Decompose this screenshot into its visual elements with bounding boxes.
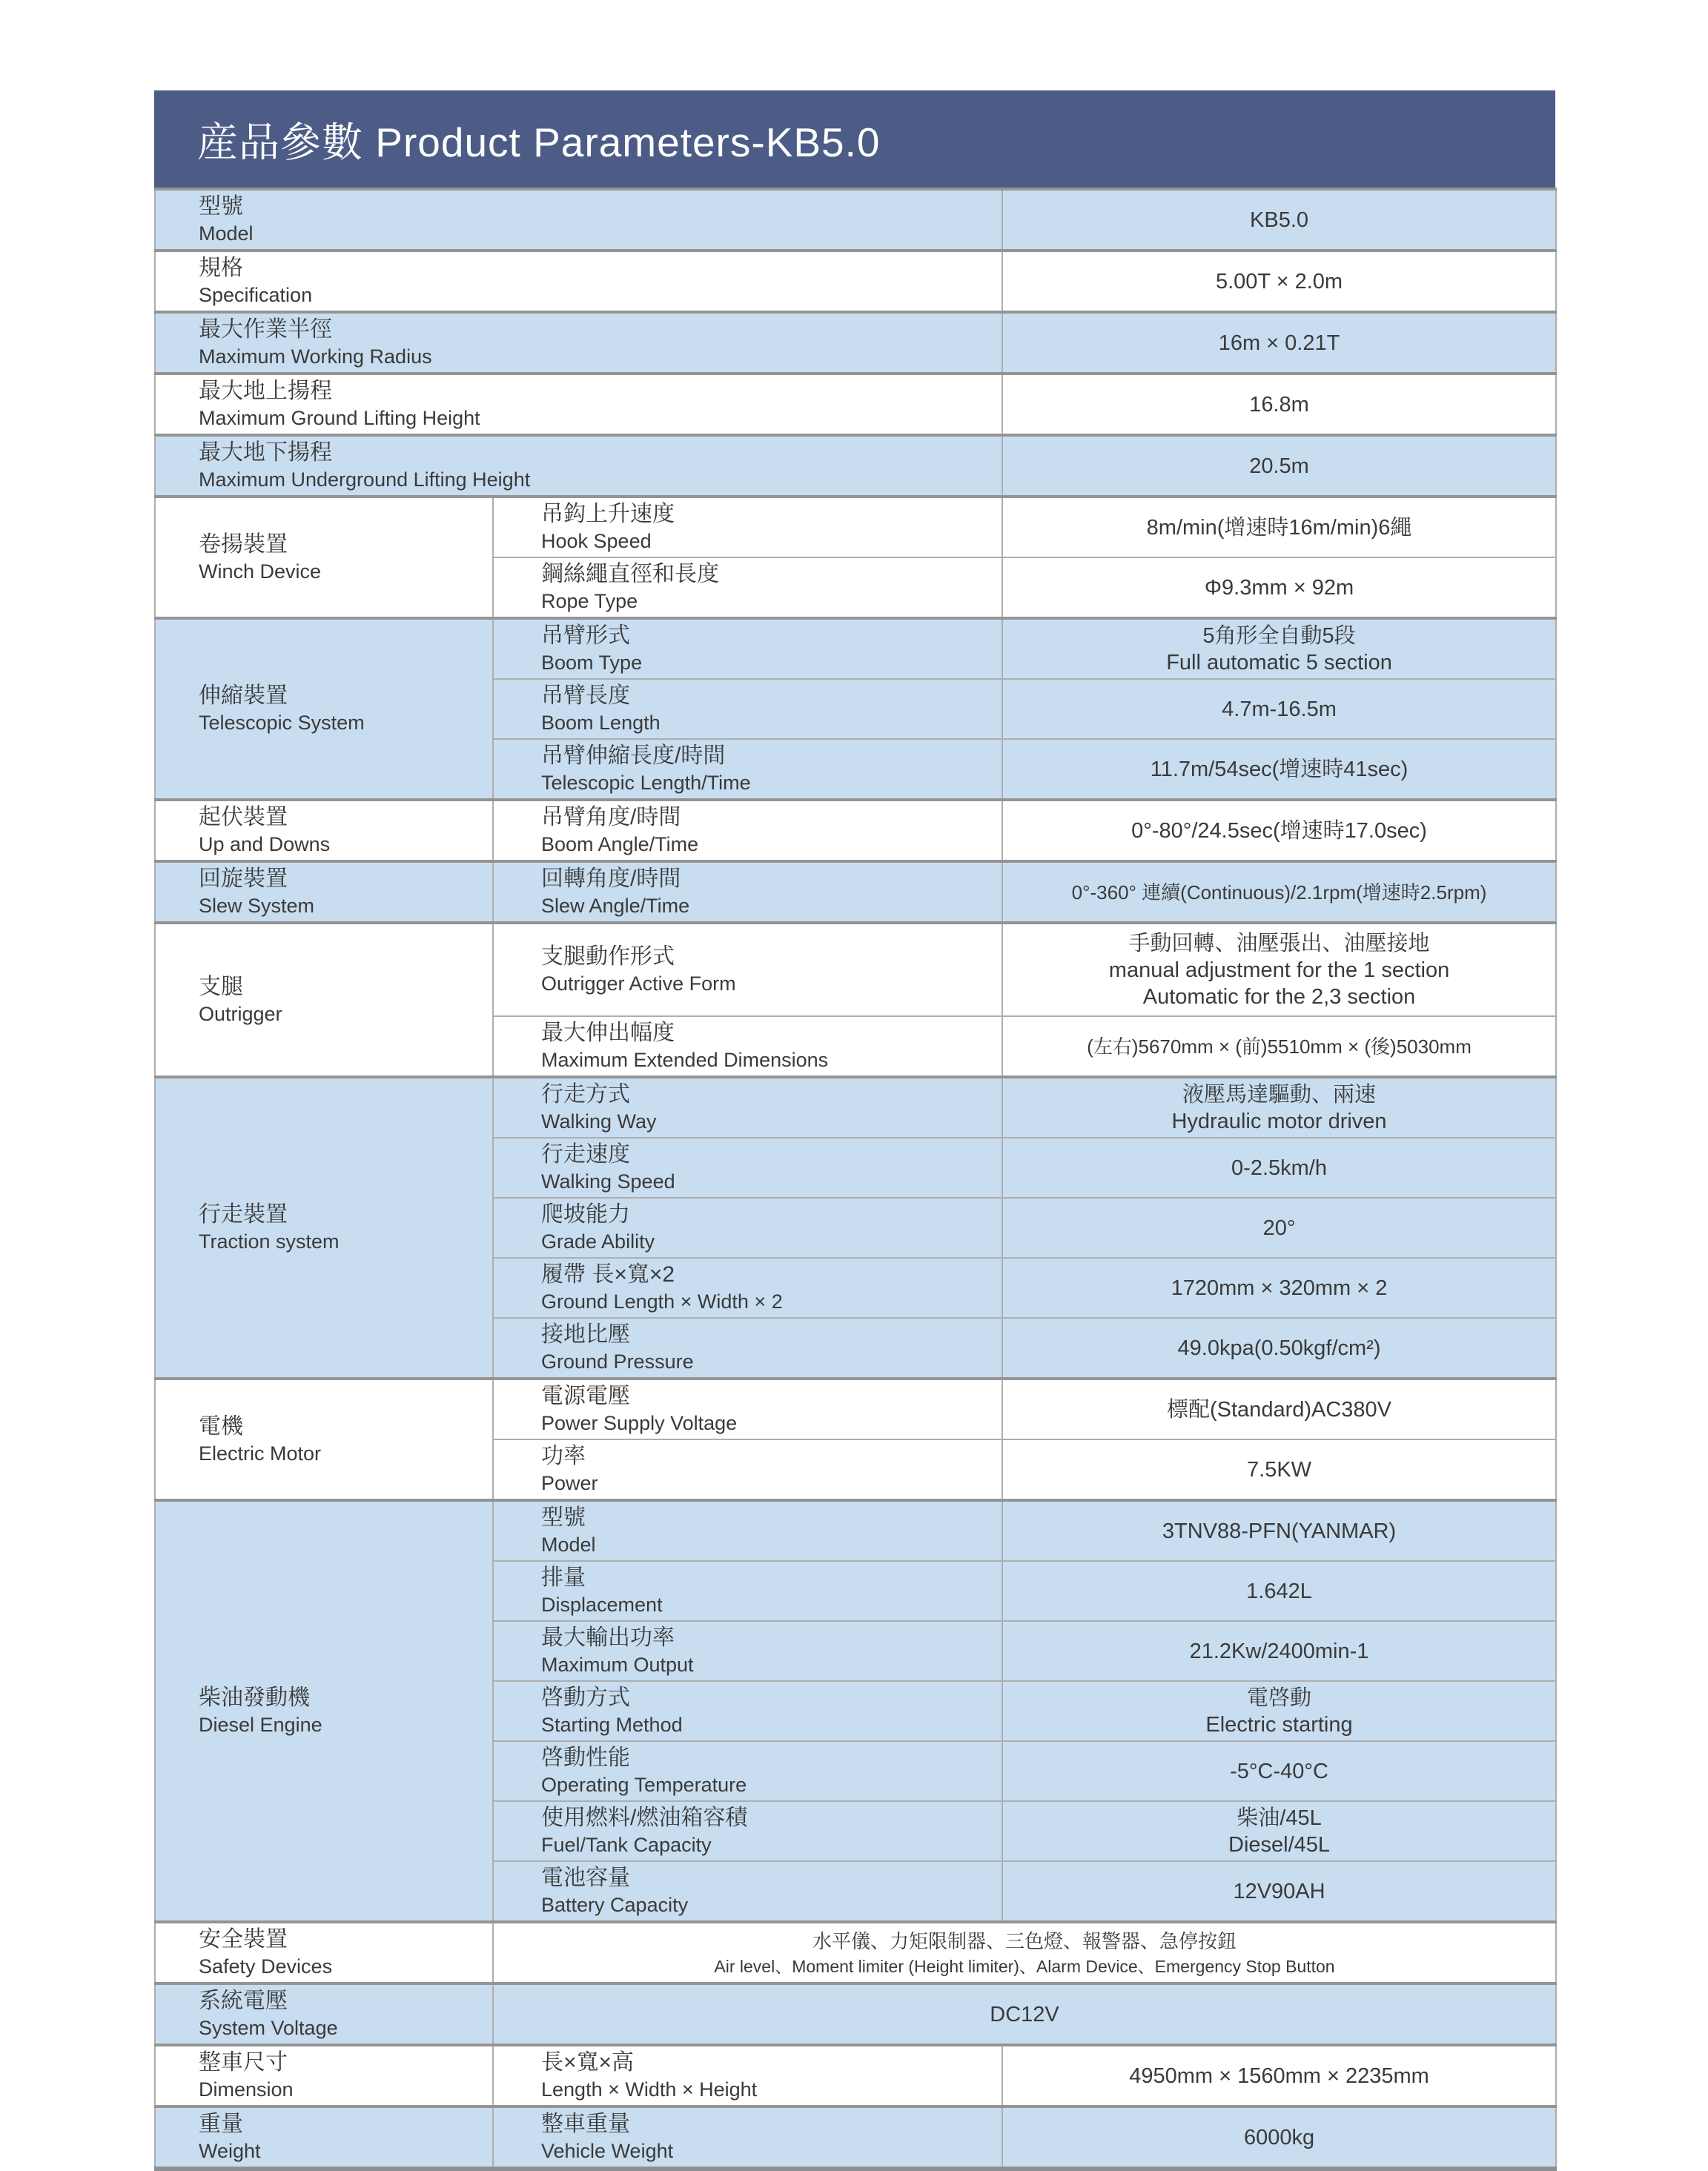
label-cell: 電池容量 Battery Capacity [493,1861,1002,1922]
value-cell: Φ9.3mm × 92m [1002,557,1556,618]
label-en: Fuel/Tank Capacity [541,1832,993,1858]
label-zh: 最大伸出幅度 [541,1019,993,1047]
label-zh: 排量 [541,1564,993,1592]
value-text: 49.0kpa(0.50kgf/cm²) [1010,1335,1548,1362]
label-zh: 長×寬×高 [541,2049,993,2077]
label-en: Maximum Extended Dimensions [541,1047,993,1073]
value-text: 11.7m/54sec(增速時41sec) [1010,756,1548,783]
label-zh: 功率 [541,1442,993,1471]
value-cell: 8m/min(增速時16m/min)6繩 [1002,497,1556,557]
category-en: Slew System [199,893,483,919]
label-cell: 啓動性能 Operating Temperature [493,1741,1002,1801]
label-cell: 支腿動作形式 Outrigger Active Form [493,923,1002,1016]
category-zh: 柴油發動機 [199,1684,483,1712]
row-boom-type: 伸縮裝置 Telescopic System 吊臂形式 Boom Type 5角… [155,618,1556,679]
header-band: 産品參數 Product Parameters-KB5.0 [154,90,1555,188]
label-zh: 最大地下揚程 [199,439,993,467]
label-en: Starting Method [541,1712,993,1738]
label-cell: 最大輸出功率 Maximum Output [493,1621,1002,1681]
category-cell-slew-system: 回旋裝置 Slew System [155,861,493,923]
value-text: 電啓動 [1010,1685,1548,1711]
label-cell: 回轉角度/時間 Slew Angle/Time [493,861,1002,923]
label-zh: 電源電壓 [541,1382,993,1411]
value-text: DC12V [501,2001,1548,2028]
label-zh: 行走方式 [541,1081,993,1109]
category-zh: 伸縮裝置 [199,682,483,710]
value-text: 柴油/45L [1010,1805,1548,1832]
value-cell: 手動回轉、油壓張出、油壓接地 manual adjustment for the… [1002,923,1556,1016]
label-cell: 啓動方式 Starting Method [493,1681,1002,1741]
value-text: 4950mm × 1560mm × 2235mm [1010,2063,1548,2089]
label-cell: 最大地上揚程 Maximum Ground Lifting Height [155,374,1002,435]
category-cell-diesel-engine: 柴油發動機 Diesel Engine [155,1500,493,1922]
value-cell: 12V90AH [1002,1861,1556,1922]
value-cell: 6000kg [1002,2107,1556,2169]
label-en: Battery Capacity [541,1892,993,1918]
category-en: Dimension [199,2077,483,2103]
value-text: manual adjustment for the 1 section [1010,957,1548,984]
row-engine-model: 柴油發動機 Diesel Engine 型號 Model 3TNV88-PFN(… [155,1500,1556,1561]
label-en: Maximum Underground Lifting Height [199,467,993,493]
label-cell: 整車重量 Vehicle Weight [493,2107,1002,2169]
label-zh: 整車重量 [541,2110,993,2138]
value-cell: 1.642L [1002,1561,1556,1621]
value-cell: 4950mm × 1560mm × 2235mm [1002,2045,1556,2107]
category-en: Telescopic System [199,710,483,736]
label-cell: 吊臂角度/時間 Boom Angle/Time [493,800,1002,861]
value-cell: -5°C-40°C [1002,1741,1556,1801]
label-zh: 電池容量 [541,1864,993,1892]
value-cell: (左右)5670mm × (前)5510mm × (後)5030mm [1002,1016,1556,1077]
category-cell-up-and-downs: 起伏裝置 Up and Downs [155,800,493,861]
value-text: 16.8m [1010,391,1548,418]
value-text: Electric starting [1010,1711,1548,1738]
value-text: 5.00T × 2.0m [1010,268,1548,295]
category-en: Weight [199,2138,483,2164]
value-text: 16m × 0.21T [1010,330,1548,357]
value-text: Diesel/45L [1010,1832,1548,1858]
category-zh: 起伏裝置 [199,803,483,832]
row-weight: 重量 Weight 整車重量 Vehicle Weight 6000kg [155,2107,1556,2169]
value-cell: 0-2.5km/h [1002,1138,1556,1198]
label-zh: 型號 [199,193,993,221]
label-en: Boom Type [541,650,993,676]
category-en: Traction system [199,1229,483,1255]
label-en: Hook Speed [541,528,993,554]
category-zh: 行走裝置 [199,1201,483,1229]
label-cell: 爬坡能力 Grade Ability [493,1198,1002,1258]
category-cell-winch-device: 卷揚裝置 Winch Device [155,497,493,618]
label-en: Boom Angle/Time [541,832,993,858]
value-cell: 11.7m/54sec(增速時41sec) [1002,739,1556,800]
label-zh: 使用燃料/燃油箱容積 [541,1804,993,1832]
value-cell: 16m × 0.21T [1002,312,1556,374]
value-cell: 16.8m [1002,374,1556,435]
category-en: Up and Downs [199,832,483,858]
label-cell: 最大作業半徑 Maximum Working Radius [155,312,1002,374]
value-cell: 5角形全自動5段 Full automatic 5 section [1002,618,1556,679]
value-cell: 1720mm × 320mm × 2 [1002,1258,1556,1318]
category-zh: 電機 [199,1413,483,1441]
value-text: 21.2Kw/2400min-1 [1010,1638,1548,1665]
label-zh: 吊臂長度 [541,682,993,710]
value-text: Full automatic 5 section [1010,649,1548,676]
label-zh: 最大輸出功率 [541,1624,993,1652]
label-zh: 吊鈎上升速度 [541,500,993,528]
label-en: Ground Length × Width × 2 [541,1289,993,1315]
label-en: Slew Angle/Time [541,893,993,919]
row-outrigger-active-form: 支腿 Outrigger 支腿動作形式 Outrigger Active For… [155,923,1556,1016]
value-text: Φ9.3mm × 92m [1010,574,1548,601]
category-zh: 支腿 [199,973,483,1001]
value-cell: 7.5KW [1002,1439,1556,1500]
category-zh: 系統電壓 [199,1987,483,2015]
category-en: System Voltage [199,2015,483,2041]
category-cell-weight: 重量 Weight [155,2107,493,2169]
label-cell: 履帶 長×寬×2 Ground Length × Width × 2 [493,1258,1002,1318]
category-cell-dimension: 整車尺寸 Dimension [155,2045,493,2107]
value-text: 7.5KW [1010,1456,1548,1483]
label-en: Ground Pressure [541,1349,993,1375]
label-zh: 啓動方式 [541,1684,993,1712]
category-cell-outrigger: 支腿 Outrigger [155,923,493,1077]
label-zh: 接地比壓 [541,1321,993,1349]
label-cell: 行走方式 Walking Way [493,1077,1002,1138]
value-cell: 20.5m [1002,435,1556,497]
label-en: Vehicle Weight [541,2138,993,2164]
value-cell: 0°-80°/24.5sec(增速時17.0sec) [1002,800,1556,861]
row-system-voltage: 系統電壓 System Voltage DC12V [155,1983,1556,2045]
value-cell: 20° [1002,1198,1556,1258]
value-text: 0-2.5km/h [1010,1155,1548,1181]
label-cell: 電源電壓 Power Supply Voltage [493,1379,1002,1439]
label-en: Specification [199,282,993,308]
value-cell: 49.0kpa(0.50kgf/cm²) [1002,1318,1556,1379]
label-cell: 接地比壓 Ground Pressure [493,1318,1002,1379]
label-en: Power [541,1471,993,1497]
value-text: 4.7m-16.5m [1010,696,1548,723]
label-zh: 鋼絲繩直徑和長度 [541,560,993,589]
label-zh: 規格 [199,254,993,282]
label-en: Maximum Ground Lifting Height [199,405,993,431]
category-en: Diesel Engine [199,1712,483,1738]
value-cell: 4.7m-16.5m [1002,679,1556,739]
row-specification: 規格 Specification 5.00T × 2.0m [155,251,1556,312]
label-cell: 行走速度 Walking Speed [493,1138,1002,1198]
value-cell: 水平儀、力矩限制器、三色燈、報警器、急停按鈕 Air level、Moment … [493,1922,1556,1983]
label-zh: 啓動性能 [541,1744,993,1772]
value-text: -5°C-40°C [1010,1758,1548,1785]
value-text: 0°-80°/24.5sec(增速時17.0sec) [1010,818,1548,844]
value-text: 標配(Standard)AC380V [1010,1396,1548,1423]
label-cell: 最大地下揚程 Maximum Underground Lifting Heigh… [155,435,1002,497]
label-zh: 履帶 長×寬×2 [541,1261,993,1289]
label-zh: 吊臂形式 [541,622,993,650]
value-text: 6000kg [1010,2124,1548,2151]
label-en: Walking Way [541,1109,993,1135]
label-en: Boom Length [541,710,993,736]
value-text: 3TNV88-PFN(YANMAR) [1010,1518,1548,1545]
label-cell: 長×寬×高 Length × Width × Height [493,2045,1002,2107]
value-text: Hydraulic motor driven [1010,1108,1548,1135]
value-text: 20.5m [1010,453,1548,480]
category-zh: 卷揚裝置 [199,531,483,559]
label-zh: 最大地上揚程 [199,377,993,405]
label-en: Displacement [541,1592,993,1618]
value-cell: 3TNV88-PFN(YANMAR) [1002,1500,1556,1561]
value-text: 8m/min(增速時16m/min)6繩 [1010,514,1548,541]
value-text: KB5.0 [1010,207,1548,233]
label-en: Model [541,1532,993,1558]
spec-sheet-page: 産品參數 Product Parameters-KB5.0 型號 Model K… [0,0,1708,2169]
label-en: Power Supply Voltage [541,1411,993,1436]
row-max-underground-lifting-height: 最大地下揚程 Maximum Underground Lifting Heigh… [155,435,1556,497]
category-zh: 安全裝置 [199,1926,483,1954]
value-cell: 5.00T × 2.0m [1002,251,1556,312]
value-text: 5角形全自動5段 [1010,623,1548,649]
value-cell: 柴油/45L Diesel/45L [1002,1801,1556,1861]
value-text: 液壓馬達驅動、兩速 [1010,1081,1548,1108]
label-zh: 行走速度 [541,1141,993,1169]
row-hook-speed: 卷揚裝置 Winch Device 吊鈎上升速度 Hook Speed 8m/m… [155,497,1556,557]
label-en: Length × Width × Height [541,2077,993,2103]
value-cell: 液壓馬達驅動、兩速 Hydraulic motor driven [1002,1077,1556,1138]
value-cell: 21.2Kw/2400min-1 [1002,1621,1556,1681]
row-dimension: 整車尺寸 Dimension 長×寬×高 Length × Width × He… [155,2045,1556,2107]
label-en: Model [199,221,993,247]
value-text: 1720mm × 320mm × 2 [1010,1275,1548,1302]
label-en: Walking Speed [541,1169,993,1195]
label-cell: 吊臂伸縮長度/時間 Telescopic Length/Time [493,739,1002,800]
label-zh: 支腿動作形式 [541,943,993,971]
row-model: 型號 Model KB5.0 [155,189,1556,251]
page-title: 産品參數 Product Parameters-KB5.0 [154,110,881,168]
category-cell-telescopic-system: 伸縮裝置 Telescopic System [155,618,493,800]
row-max-working-radius: 最大作業半徑 Maximum Working Radius 16m × 0.21… [155,312,1556,374]
label-cell: 型號 Model [155,189,1002,251]
category-cell-system-voltage: 系統電壓 System Voltage [155,1983,493,2045]
label-zh: 回轉角度/時間 [541,865,993,893]
label-en: Grade Ability [541,1229,993,1255]
category-zh: 回旋裝置 [199,865,483,893]
value-text: 20° [1010,1215,1548,1242]
label-cell: 功率 Power [493,1439,1002,1500]
value-text: 手動回轉、油壓張出、油壓接地 [1010,930,1548,957]
value-text: 水平儀、力矩限制器、三色燈、報警器、急停按鈕 [501,1928,1548,1955]
category-cell-safety-devices: 安全裝置 Safety Devices [155,1922,493,1983]
label-zh: 吊臂角度/時間 [541,803,993,832]
value-cell: 0°-360° 連續(Continuous)/2.1rpm(增速時2.5rpm) [1002,861,1556,923]
value-text: 12V90AH [1010,1878,1548,1905]
label-en: Outrigger Active Form [541,971,993,997]
category-cell-traction-system: 行走裝置 Traction system [155,1077,493,1379]
value-cell: DC12V [493,1983,1556,2045]
value-cell: KB5.0 [1002,189,1556,251]
label-cell: 使用燃料/燃油箱容積 Fuel/Tank Capacity [493,1801,1002,1861]
label-cell: 型號 Model [493,1500,1002,1561]
category-en: Electric Motor [199,1441,483,1467]
value-text: Automatic for the 2,3 section [1010,984,1548,1010]
category-zh: 重量 [199,2110,483,2138]
label-en: Maximum Output [541,1652,993,1678]
label-zh: 最大作業半徑 [199,316,993,344]
row-power-supply-voltage: 電機 Electric Motor 電源電壓 Power Supply Volt… [155,1379,1556,1439]
value-text: 1.642L [1010,1578,1548,1605]
row-slew-angle-time: 回旋裝置 Slew System 回轉角度/時間 Slew Angle/Time… [155,861,1556,923]
label-cell: 最大伸出幅度 Maximum Extended Dimensions [493,1016,1002,1077]
label-en: Maximum Working Radius [199,344,993,370]
label-cell: 規格 Specification [155,251,1002,312]
label-cell: 吊臂長度 Boom Length [493,679,1002,739]
label-cell: 排量 Displacement [493,1561,1002,1621]
row-safety-devices: 安全裝置 Safety Devices 水平儀、力矩限制器、三色燈、報警器、急停… [155,1922,1556,1983]
category-zh: 整車尺寸 [199,2049,483,2077]
label-cell: 鋼絲繩直徑和長度 Rope Type [493,557,1002,618]
label-cell: 吊臂形式 Boom Type [493,618,1002,679]
value-text: (左右)5670mm × (前)5510mm × (後)5030mm [1010,1033,1548,1060]
value-text: 0°-360° 連續(Continuous)/2.1rpm(增速時2.5rpm) [1010,879,1548,906]
category-cell-electric-motor: 電機 Electric Motor [155,1379,493,1500]
row-walking-way: 行走裝置 Traction system 行走方式 Walking Way 液壓… [155,1077,1556,1138]
value-text: Air level、Moment limiter (Height limiter… [501,1955,1548,1978]
label-en: Operating Temperature [541,1772,993,1798]
category-en: Outrigger [199,1001,483,1027]
row-boom-angle-time: 起伏裝置 Up and Downs 吊臂角度/時間 Boom Angle/Tim… [155,800,1556,861]
label-zh: 爬坡能力 [541,1201,993,1229]
product-parameters-table: 型號 Model KB5.0 規格 Specification 5.00T × … [154,188,1557,2171]
row-max-ground-lifting-height: 最大地上揚程 Maximum Ground Lifting Height 16.… [155,374,1556,435]
label-cell: 吊鈎上升速度 Hook Speed [493,497,1002,557]
category-en: Winch Device [199,559,483,585]
label-zh: 吊臂伸縮長度/時間 [541,742,993,770]
value-cell: 標配(Standard)AC380V [1002,1379,1556,1439]
category-en: Safety Devices [199,1954,483,1980]
label-en: Rope Type [541,589,993,614]
label-en: Telescopic Length/Time [541,770,993,796]
value-cell: 電啓動 Electric starting [1002,1681,1556,1741]
label-zh: 型號 [541,1504,993,1532]
